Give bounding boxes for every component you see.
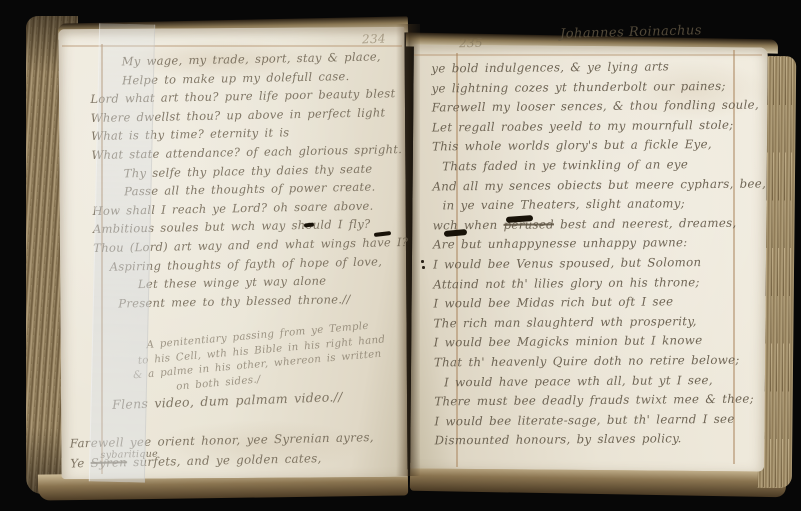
page-number-left: 234 [362, 32, 386, 47]
manuscript-line: Let regall roabes yeeld to my mournfull … [432, 115, 762, 137]
manuscript-line: That th' heavenly Quire doth no retire b… [434, 350, 764, 372]
manuscript-line: I would bee literate-sage, but th' learn… [434, 409, 764, 431]
ink-spots [421, 260, 425, 270]
manuscript-line: Dismounted honours, by slaves policy. [435, 429, 765, 451]
manuscript-line: Farewell my looser sences, & thou fondli… [432, 96, 762, 118]
line-rest: best and neerest, dreames, [560, 216, 737, 232]
line-rest: surfets, and ye golden cates, [133, 451, 322, 469]
page-number-right: 235 [459, 36, 483, 50]
manuscript-line-with-correction: wch when perused best and neerest, dream… [433, 213, 763, 235]
vellum-repair-strip [89, 23, 155, 482]
right-page-poem: ye bold indulgences, & ye lying arts ye … [431, 57, 764, 452]
manuscript-photo: 234 235 Johannes Roinachus My wage, my t… [0, 0, 801, 511]
line-lead: Ye [70, 456, 85, 470]
ruled-line-top-right-page [414, 54, 762, 56]
manuscript-line: There must bee deadly frauds twixt mee &… [434, 390, 764, 412]
manuscript-line: And all my sences obiects but meere cyph… [432, 174, 762, 196]
